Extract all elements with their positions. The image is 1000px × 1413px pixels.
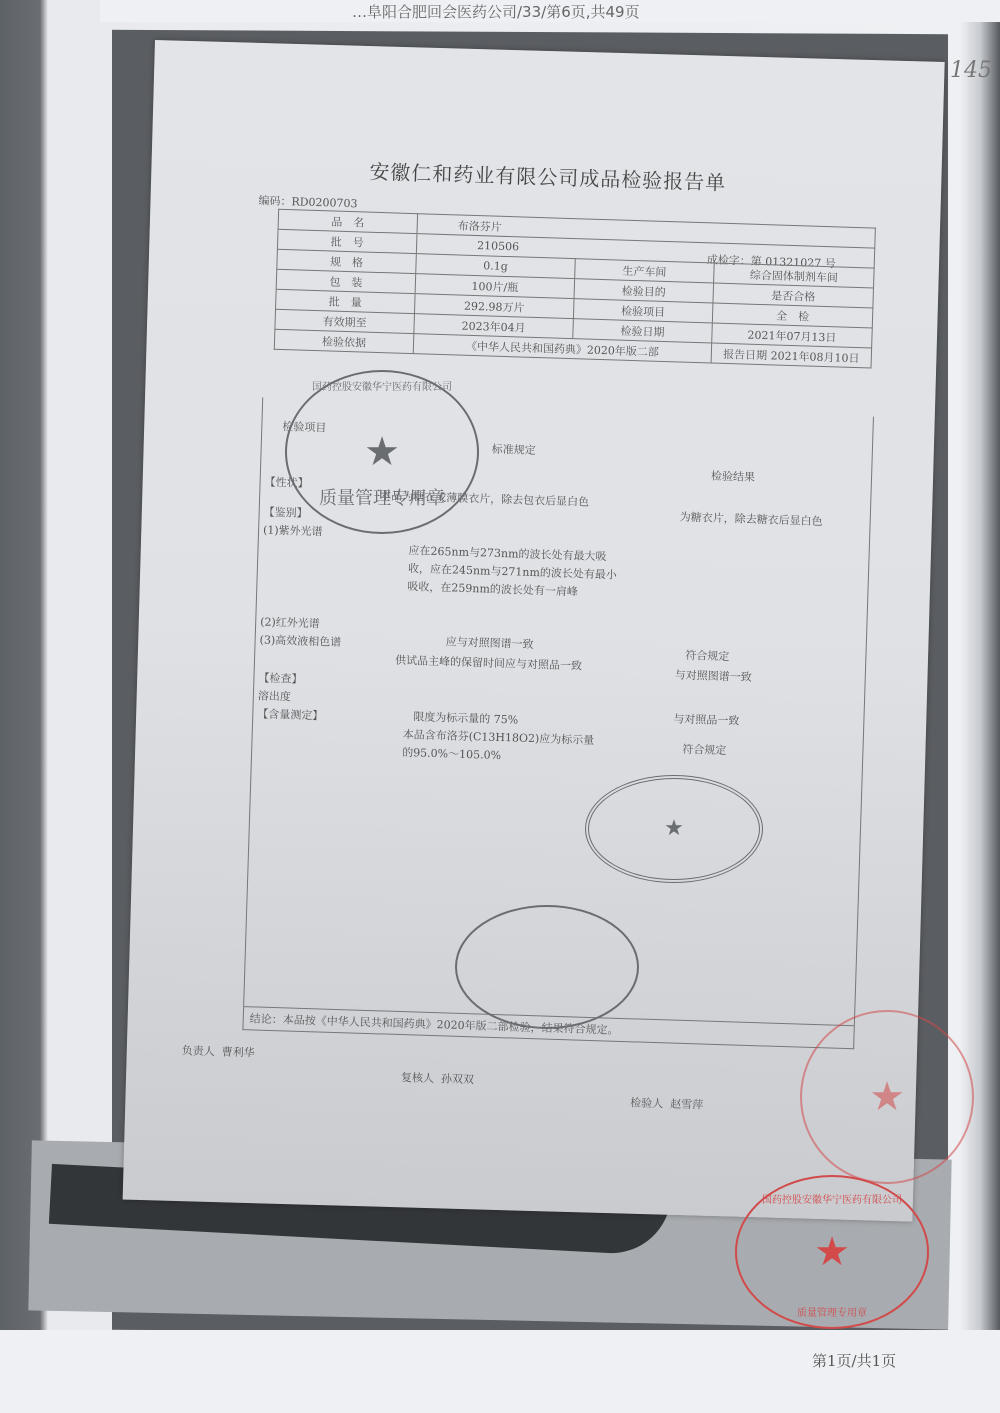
standard-text: 应在265nm与273nm的波长处有最大吸收，应在245nm与271nm的波长处… <box>407 542 629 603</box>
product-info-table: 品 名布洛芬片 批 号210506 规 格0.1g生产车间综合固体制剂车间 包 … <box>274 209 876 369</box>
star-icon: ★ <box>814 1232 850 1272</box>
col-standard-header: 标准规定 <box>492 441 536 458</box>
section-heading: 【检查】 <box>258 669 302 686</box>
reviewer-name: 孙双双 <box>441 1072 474 1086</box>
item-text: (2)红外光谱 <box>260 613 320 631</box>
stamp-subtext: 质量管理专用章 <box>319 484 445 510</box>
handwritten-number: 145 <box>950 58 992 83</box>
scan-bottom-margin <box>0 1330 1000 1413</box>
report-code: 编码：RD0200703 <box>258 192 358 211</box>
responsible-signature: 负责人 曹利华 <box>181 1042 254 1060</box>
red-stamp-faded: ★ <box>800 1010 974 1184</box>
item-text: (1)紫外光谱 <box>263 521 323 539</box>
item-text: 溶出度 <box>258 687 291 704</box>
stamp-text: 国药控股安徽华宁医药有限公司 <box>762 1191 902 1206</box>
section-heading: 【含量测定】 <box>257 705 323 723</box>
col-result-header: 检验结果 <box>711 468 755 485</box>
reviewer-label: 复核人 <box>401 1071 434 1085</box>
inspector-signature: 检验人 赵雪萍 <box>630 1094 703 1112</box>
info-value: 2021年08月10日 <box>770 349 859 365</box>
info-split: 报告日期 2021年08月10日 <box>711 343 872 368</box>
standard-text: 应与对照图谱一致 <box>445 633 533 652</box>
info-label: 报告日期 <box>723 347 767 361</box>
page-number: 第1页/共1页 <box>812 1350 896 1371</box>
standard-text: 供试品主峰的保留时间应与对照品一致 <box>395 652 605 677</box>
star-icon: ★ <box>869 1077 905 1117</box>
stamp-subtext: 质量管理专用章 <box>797 1304 867 1319</box>
inspector-label: 检验人 <box>630 1096 663 1110</box>
result-text: 与对照品一致 <box>673 710 739 728</box>
info-label: 检验依据 <box>274 329 414 353</box>
quality-stamp: ★ 国药控股安徽华宁医药有限公司 质量管理专用章 <box>285 370 479 534</box>
code-label: 编码： <box>258 194 291 208</box>
standard-text: 本品含布洛芬(C13H18O2)应为标示量的95.0%～105.0% <box>402 726 603 768</box>
responsible-name: 曹利华 <box>221 1045 254 1059</box>
star-icon: ★ <box>364 432 400 472</box>
standard-text: 限度为标示量的 75% <box>413 708 518 727</box>
scan-header-text: …阜阳合肥回会医药公司/33/第6页,共49页 <box>352 1 640 22</box>
result-text: 符合规定 <box>685 647 729 664</box>
oval-stamp-2 <box>455 905 639 1029</box>
responsible-label: 负责人 <box>182 1044 215 1058</box>
item-text: (3)高效液相色谱 <box>259 631 341 650</box>
result-text: 为糖衣片，除去糖衣后显白色 <box>679 509 829 530</box>
section-heading: 【鉴别】 <box>263 503 307 520</box>
inspector-name: 赵雪萍 <box>670 1098 703 1112</box>
result-text: 符合规定 <box>682 741 726 758</box>
red-stamp: ★ 国药控股安徽华宁医药有限公司 质量管理专用章 <box>735 1175 929 1329</box>
code-value: RD0200703 <box>291 195 357 210</box>
result-text: 与对照图谱一致 <box>675 666 752 684</box>
stamp-text: 国药控股安徽华宁医药有限公司 <box>312 378 452 393</box>
oval-stamp: ★ <box>585 775 763 883</box>
star-icon: ★ <box>664 818 684 840</box>
reviewer-signature: 复核人 孙双双 <box>401 1069 474 1087</box>
